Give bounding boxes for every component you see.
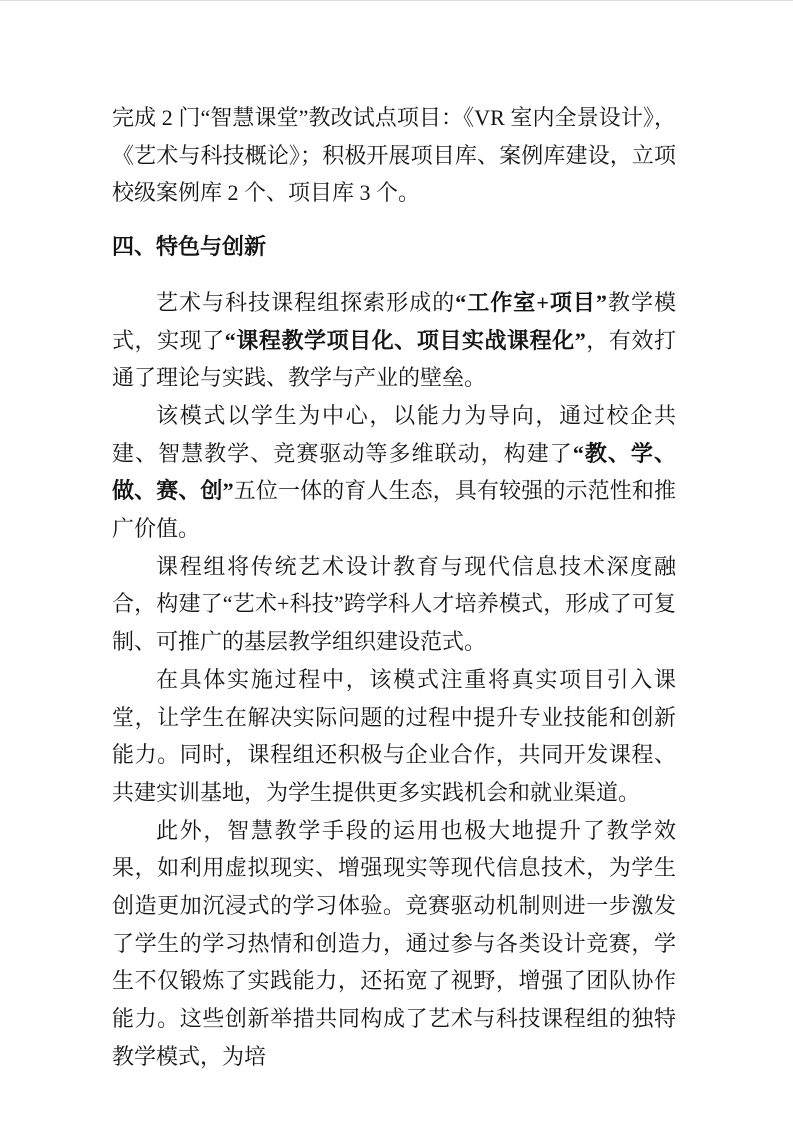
document-page: 完成 2 门“智慧课堂”教改试点项目：《VR 室内全景设计》，《艺术与科技概论》… (0, 0, 793, 1122)
text-run: 此外，智慧教学手段的运用也极大地提升了教学效果，如利用虚拟现实、增强现实等现代信… (112, 818, 676, 1069)
text-run: 艺术与科技课程组探索形成的 (156, 290, 455, 315)
body-paragraph: 该模式以学生为中心，以能力为导向，通过校企共建、智慧教学、竞赛驱动等多维联动，构… (112, 397, 676, 548)
text-run: 在具体实施过程中，该模式注重将真实项目引入课堂，让学生在解决实际问题的过程中提升… (112, 667, 676, 805)
body-paragraph: 此外，智慧教学手段的运用也极大地提升了教学效果，如利用虚拟现实、增强现实等现代信… (112, 812, 676, 1076)
emphasis-text: “工作室+项目” (455, 290, 607, 315)
page-content: 完成 2 门“智慧课堂”教改试点项目：《VR 室内全景设计》，《艺术与科技概论》… (0, 0, 793, 1122)
emphasis-text: 四、特色与创新 (112, 234, 266, 259)
text-run: 课程组将传统艺术设计教育与现代信息技术深度融合，构建了“艺术+科技”跨学科人才培… (112, 554, 676, 654)
body-paragraph: 完成 2 门“智慧课堂”教改试点项目：《VR 室内全景设计》，《艺术与科技概论》… (112, 99, 676, 212)
emphasis-text: “课程教学项目化、项目实战课程化” (225, 328, 586, 353)
body-paragraph: 课程组将传统艺术设计教育与现代信息技术深度融合，构建了“艺术+科技”跨学科人才培… (112, 548, 676, 661)
body-paragraph: 在具体实施过程中，该模式注重将真实项目引入课堂，让学生在解决实际问题的过程中提升… (112, 661, 676, 812)
text-run: 完成 2 门“智慧课堂”教改试点项目：《VR 室内全景设计》，《艺术与科技概论》… (112, 105, 676, 205)
body-paragraph: 艺术与科技课程组探索形成的“工作室+项目”教学模式，实现了“课程教学项目化、项目… (112, 284, 676, 397)
section-heading: 四、特色与创新 (112, 228, 676, 266)
